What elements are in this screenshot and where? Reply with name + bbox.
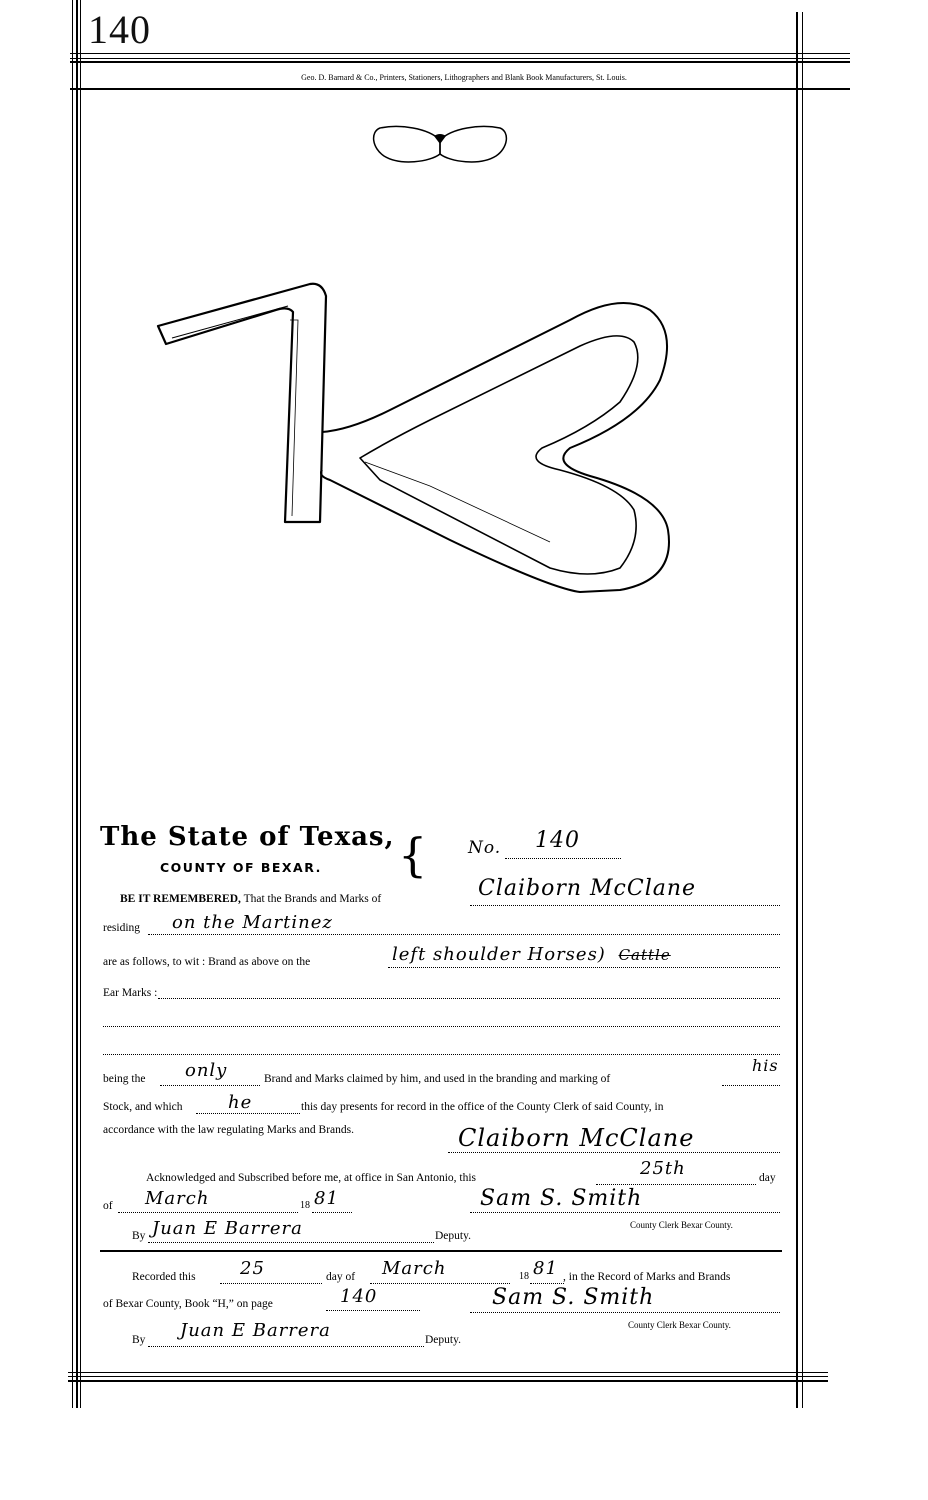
rec-day-of-label: day of [326, 1271, 355, 1283]
be-it-remembered-bold: BE IT REMEMBERED, [120, 893, 241, 905]
rec-book-text: of Bexar County, Book “H,” on page [103, 1298, 273, 1310]
brace-glyph: { [398, 832, 427, 878]
left-border-rule-thin [80, 0, 81, 1408]
record-number-label: No. [468, 838, 501, 858]
rec-deputy-label: Deputy. [425, 1334, 461, 1346]
ack-year-value: 81 [314, 1188, 339, 1209]
ack-by-label: By [132, 1230, 145, 1242]
ear-marks-label: Ear Marks : [103, 987, 157, 999]
ack-month-line [118, 1212, 298, 1213]
recorded-label: Recorded this [132, 1271, 196, 1283]
acknowledged-text: Acknowledged and Subscribed before me, a… [146, 1172, 476, 1184]
marking-of-line [722, 1085, 780, 1086]
owner-signature: Claiborn McClane [458, 1124, 694, 1152]
claimed-text: Brand and Marks claimed by him, and used… [264, 1073, 610, 1085]
left-border-rule-outer [72, 0, 73, 1408]
ack-day-value: 25th [640, 1158, 686, 1179]
rec-year-line [530, 1283, 564, 1284]
state-title: The State of Texas, [100, 822, 395, 852]
being-the-label: being the [103, 1073, 145, 1085]
rec-clerk-signature: Sam S. Smith [492, 1285, 654, 1310]
ack-year-prefix: 18 [300, 1200, 310, 1211]
ack-deputy-line [148, 1242, 434, 1243]
rec-by-label: By [132, 1334, 145, 1346]
ack-deputy-signature: Juan E Barrera [152, 1218, 303, 1239]
be-it-remembered-label: BE IT REMEMBERED, That the Brands and Ma… [120, 893, 381, 905]
section-divider [100, 1250, 782, 1252]
residing-line [148, 934, 780, 935]
rec-day-value: 25 [240, 1258, 265, 1279]
bottom-rule-2 [68, 1376, 828, 1377]
rec-record-text: , in the Record of Marks and Brands [563, 1271, 730, 1283]
ear-mark-drawing [370, 118, 510, 168]
ack-deputy-label: Deputy. [435, 1230, 471, 1242]
rec-page-line [326, 1310, 420, 1311]
stock-value: he [228, 1092, 252, 1113]
top-rule-1 [70, 53, 850, 54]
rec-year-value: 81 [533, 1258, 558, 1279]
ear-marks-line-2 [103, 1026, 780, 1027]
top-rule-4 [70, 88, 850, 90]
rec-clerk-caption: County Clerk Bexar County. [628, 1320, 731, 1330]
accordance-text: accordance with the law regulating Marks… [103, 1124, 354, 1136]
rec-year-prefix: 18 [519, 1271, 529, 1282]
ear-marks-line-1 [158, 998, 780, 999]
top-rule-2 [70, 58, 850, 59]
stock-line [196, 1113, 300, 1114]
brand-location-text: left shoulder Horses) [392, 944, 606, 965]
be-it-remembered-text: That the Brands and Marks of [244, 893, 382, 905]
printer-imprint: Geo. D. Barnard & Co., Printers, Station… [0, 73, 928, 82]
page-number: 140 [88, 10, 151, 50]
county-heading: COUNTY OF BEXAR. [160, 860, 322, 875]
owner-name-line [470, 905, 780, 906]
rec-page-value: 140 [340, 1286, 377, 1307]
record-number-line [505, 858, 621, 859]
right-border-rule-outer [796, 12, 798, 1408]
owner-signature-line [448, 1152, 780, 1153]
ack-day-line [596, 1184, 756, 1185]
brand-location-line [388, 967, 780, 968]
ack-month-value: March [145, 1188, 209, 1209]
bottom-rule-3 [68, 1380, 828, 1382]
ack-clerk-signature: Sam S. Smith [480, 1186, 642, 1211]
brand-location-struck: Cattle [619, 946, 671, 964]
top-rule-3 [70, 61, 850, 63]
record-number-value: 140 [535, 828, 580, 853]
ack-day-label: day [759, 1172, 776, 1184]
residing-label: residing [103, 922, 140, 934]
ack-clerk-caption: County Clerk Bexar County. [630, 1220, 733, 1230]
being-the-value: only [185, 1060, 227, 1081]
rec-day-line [220, 1283, 322, 1284]
bottom-rule-1 [68, 1372, 828, 1373]
follows-label: are as follows, to wit : Brand as above … [103, 956, 310, 968]
rec-month-value: March [382, 1258, 446, 1279]
marking-of-value: his [752, 1056, 779, 1075]
rec-month-line [370, 1283, 510, 1284]
brand-location-value: left shoulder Horses) Cattle [392, 944, 671, 965]
ack-year-line [312, 1212, 352, 1213]
ack-clerk-line [470, 1212, 780, 1213]
rec-clerk-line [470, 1312, 780, 1313]
owner-name-value: Claiborn McClane [478, 876, 696, 901]
presents-text: this day presents for record in the offi… [301, 1101, 664, 1113]
rec-deputy-line [148, 1346, 424, 1347]
ear-marks-line-3 [103, 1054, 780, 1055]
residing-value: on the Martinez [172, 912, 333, 933]
brand-drawing [150, 280, 700, 610]
stock-label: Stock, and which [103, 1101, 183, 1113]
rec-deputy-signature: Juan E Barrera [180, 1320, 331, 1341]
right-border-rule-inner [802, 12, 803, 1408]
being-the-line [160, 1085, 260, 1086]
left-border-rule-inner [76, 0, 78, 1408]
ack-of-label: of [103, 1200, 113, 1212]
